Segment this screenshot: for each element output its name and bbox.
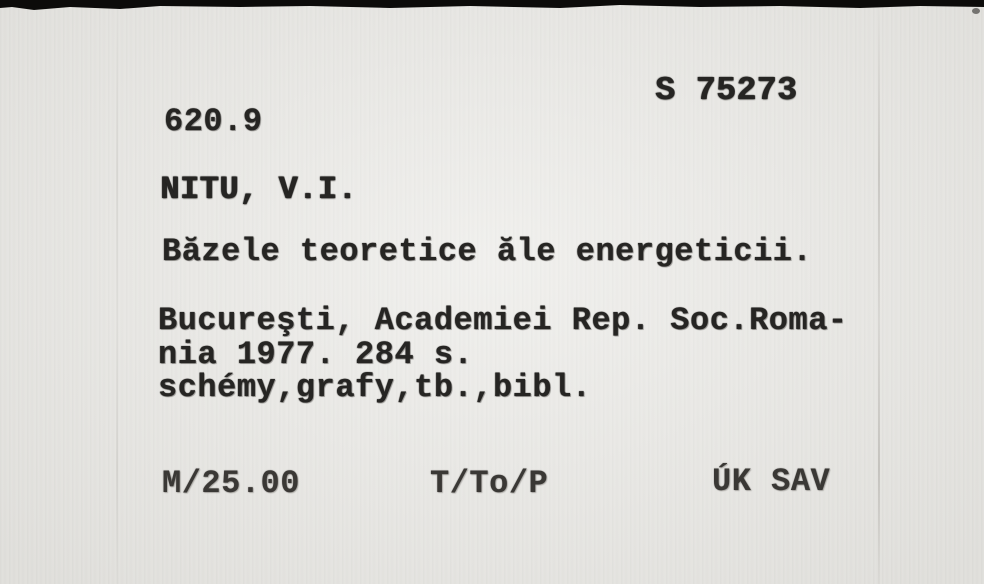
accession-number: S 75273 — [655, 74, 797, 107]
classification-number: 620.9 — [164, 106, 263, 138]
catalog-card-scan: S 75273 620.9 NITU, V.I. Băzele teoretic… — [0, 0, 984, 584]
format-code: T/To/P — [430, 468, 548, 500]
imprint-line-1: Bucureşti, Academiei Rep. Soc.Roma- — [158, 305, 848, 337]
title-line: Băzele teoretice ăle energeticii. — [162, 236, 812, 268]
physical-description: schémy,grafy,tb.,bibl. — [158, 372, 591, 404]
scan-top-edge — [0, 0, 984, 11]
author-heading: NITU, V.I. — [160, 174, 357, 206]
ink-speck — [972, 8, 980, 14]
imprint-line-2: nia 1977. 284 s. — [158, 339, 473, 371]
paper-crease — [878, 0, 880, 584]
library-code: ÚK SAV — [712, 466, 830, 498]
price-code: M/25.00 — [162, 468, 300, 500]
paper-crease — [116, 0, 118, 584]
